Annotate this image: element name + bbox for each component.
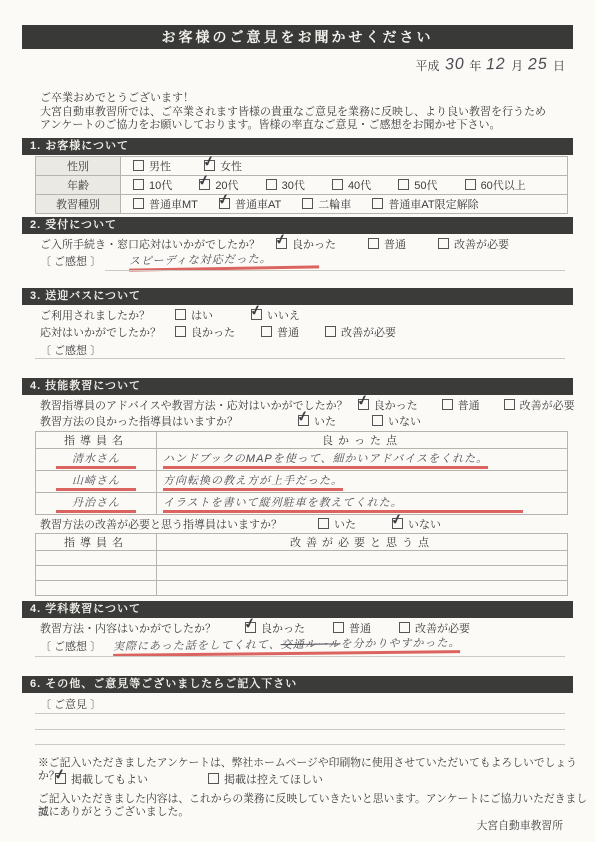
handwritten-comment: 実際にあった話をしてくれて、交通ルールを分かりやすかった。 xyxy=(113,634,461,657)
improve-instructor-question-row: 教習方法の改善が必要と思う指導員はいますか？ いた いない xyxy=(40,516,441,531)
checkbox-reception-good[interactable] xyxy=(276,238,287,249)
option-label: 普通車MT xyxy=(149,196,198,212)
checkbox-publish-no[interactable] xyxy=(208,773,219,784)
section4-header: 4. 技能教習について xyxy=(22,378,573,395)
option-label: 女性 xyxy=(220,158,242,174)
rule-line xyxy=(35,358,565,359)
checkbox-improve-instructor-no[interactable] xyxy=(392,518,403,529)
option-label: 改善が必要 xyxy=(454,236,509,252)
date-era: 平成 xyxy=(416,57,440,74)
option-label: 改善が必要 xyxy=(415,620,470,636)
option-label: いた xyxy=(314,413,336,429)
option-label: 改善が必要 xyxy=(341,324,396,340)
table-header-row: 指導員名 改善が必要と思う点 xyxy=(36,534,568,551)
reception-comment-row: 〔 ご感想 〕 スピーディな対応だった。 xyxy=(40,253,319,268)
column-header-point: 良かった点 xyxy=(157,432,568,449)
comment-label: 〔 ご感想 〕 xyxy=(40,342,101,358)
academic-comment-row: 〔 ご感想 〕 実際にあった話をしてくれて、交通ルールを分かりやすかった。 xyxy=(40,638,461,653)
handwritten-good-point: 方向転換の教え方が上手だった。 xyxy=(163,472,343,491)
option-label: 30代 xyxy=(282,177,305,193)
checkbox-bus-normal[interactable] xyxy=(261,326,272,337)
publication-consent-row: 掲載してもよい 掲載は控えてほしい xyxy=(55,771,323,786)
date-day-unit: 日 xyxy=(553,57,565,74)
date-month-unit: 月 xyxy=(511,57,523,74)
checkbox-female[interactable] xyxy=(204,160,215,171)
checkbox-motorcycle[interactable] xyxy=(302,198,313,209)
section3-header: 3. 送迎バスについて xyxy=(22,288,573,305)
comment-struck-part: 交通ルール xyxy=(281,638,341,651)
intro-line: 大宮自動車教習所では、ご卒業されます皆様の貴重なご意見を業務に反映し、より良い教… xyxy=(40,106,546,120)
comment-label: 〔 ご意見 〕 xyxy=(40,696,101,712)
checkbox-at-limit-release[interactable] xyxy=(372,198,383,209)
question-text: 教習方法の良かった指導員はいますか？ xyxy=(40,413,298,429)
handwritten-instructor-name: 丹治さん xyxy=(56,494,136,513)
column-header-name: 指導員名 xyxy=(36,534,157,551)
comment-label: 〔 ご感想 〕 xyxy=(40,638,101,654)
checkbox-bus-yes[interactable] xyxy=(175,309,186,320)
checkbox-reception-normal[interactable] xyxy=(368,238,379,249)
checkbox-good-instructor-yes[interactable] xyxy=(298,415,309,426)
checkbox-academic-normal[interactable] xyxy=(333,622,344,633)
intro-line: ご卒業おめでとうございます！ xyxy=(40,92,546,106)
intro-text: ご卒業おめでとうございます！ 大宮自動車教習所では、ご卒業されます皆様の貴重なご… xyxy=(40,92,546,133)
rule-line xyxy=(35,729,565,730)
option-label: はい xyxy=(191,307,213,323)
option-label: 40代 xyxy=(348,177,371,193)
option-label: 普通 xyxy=(458,397,480,413)
option-label: 10代 xyxy=(149,177,172,193)
checkbox-reception-improve[interactable] xyxy=(438,238,449,249)
table-row: 丹治さん イラストを書いて縦列駐車を教えてくれた。 xyxy=(36,493,568,515)
checkbox-male[interactable] xyxy=(133,160,144,171)
option-label: 普通 xyxy=(349,620,371,636)
question-text: 教習方法・内容はいかがでしたか？ xyxy=(40,620,245,636)
date-line: 平成 30 年 12 月 25 日 xyxy=(416,56,565,74)
option-label: いた xyxy=(334,516,356,532)
option-label: 50代 xyxy=(414,177,437,193)
table-row-empty xyxy=(36,551,568,566)
checkbox-skill-normal[interactable] xyxy=(442,399,453,410)
rule-line xyxy=(105,270,565,271)
option-label: 二輪車 xyxy=(318,196,351,212)
other-opinion-row: 〔 ご意見 〕 xyxy=(40,696,101,711)
option-label: 60代以上 xyxy=(481,177,526,193)
date-year-handwritten: 30 xyxy=(444,56,464,75)
checkbox-skill-good[interactable] xyxy=(358,399,369,410)
rule-line xyxy=(35,713,565,714)
academic-question-row: 教習方法・内容はいかがでしたか？ 良かった 普通 改善が必要 xyxy=(40,620,470,635)
checkbox-age-30s[interactable] xyxy=(266,179,277,190)
rule-line xyxy=(35,744,565,745)
checkbox-car-at[interactable] xyxy=(219,198,230,209)
option-label: いない xyxy=(388,413,421,429)
checkbox-publish-ok[interactable] xyxy=(55,773,66,784)
intro-line: アンケートのご協力をお願いしております。皆様の率直なご意見・ご感想をお聞かせ下さ… xyxy=(40,119,546,133)
option-label: 男性 xyxy=(149,158,171,174)
closing-text-line2: 誠にありがとうございました。 xyxy=(38,806,189,819)
checkbox-improve-instructor-yes[interactable] xyxy=(318,518,329,529)
row-label: 性別 xyxy=(36,157,121,176)
comment-label: 〔 ご感想 〕 xyxy=(40,253,101,269)
form-title: お客様のご意見をお聞かせください xyxy=(22,25,573,49)
row-label: 教習種別 xyxy=(36,195,121,214)
checkbox-car-mt[interactable] xyxy=(133,198,144,209)
checkbox-bus-improve[interactable] xyxy=(325,326,336,337)
handwritten-good-point: イラストを書いて縦列駐車を教えてくれた。 xyxy=(163,494,523,513)
rule-line xyxy=(35,656,565,657)
option-label: いいえ xyxy=(267,307,300,323)
reception-question-row: ご入所手続き・窓口応対はいかがでしたか？ 良かった 普通 改善が必要 xyxy=(40,236,509,251)
option-label: 普通 xyxy=(384,236,406,252)
comment-part: を分かりやすかった。 xyxy=(341,637,461,650)
checkbox-age-60plus[interactable] xyxy=(465,179,476,190)
date-day-handwritten: 25 xyxy=(528,56,548,75)
bus-used-question-row: ご利用されましたか？ はい いいえ xyxy=(40,307,300,322)
checkbox-age-20s[interactable] xyxy=(199,179,210,190)
good-instructor-table: 指導員名 良かった点 清水さん ハンドブックのMAPを使って、細かいアドバイスを… xyxy=(35,431,568,515)
checkbox-bus-no[interactable] xyxy=(251,309,262,320)
checkbox-good-instructor-no[interactable] xyxy=(372,415,383,426)
table-row-empty xyxy=(36,581,568,596)
checkbox-academic-good[interactable] xyxy=(245,622,256,633)
improve-instructor-table: 指導員名 改善が必要と思う点 xyxy=(35,533,568,596)
good-instructor-question-row: 教習方法の良かった指導員はいますか？ いた いない xyxy=(40,413,421,428)
column-header-improvement: 改善が必要と思う点 xyxy=(157,534,568,551)
table-row: 清水さん ハンドブックのMAPを使って、細かいアドバイスをくれた。 xyxy=(36,449,568,471)
section6-header: 6. その他、ご意見等ございましたらご記入下さい xyxy=(22,676,573,693)
handwritten-comment: スピーディな対応だった。 xyxy=(129,249,319,271)
handwritten-good-point: ハンドブックのMAPを使って、細かいアドバイスをくれた。 xyxy=(163,450,488,469)
checkbox-academic-improve[interactable] xyxy=(399,622,410,633)
checkbox-age-40s[interactable] xyxy=(332,179,343,190)
table-row: 山崎さん 方向転換の教え方が上手だった。 xyxy=(36,471,568,493)
checkbox-age-10s[interactable] xyxy=(133,179,144,190)
date-year-unit: 年 xyxy=(469,57,481,74)
table-header-row: 指導員名 良かった点 xyxy=(36,432,568,449)
row-label: 年齢 xyxy=(36,176,121,195)
question-text: ご入所手続き・窓口応対はいかがでしたか？ xyxy=(40,236,260,252)
checkbox-bus-good[interactable] xyxy=(175,326,186,337)
checkbox-age-50s[interactable] xyxy=(398,179,409,190)
option-label: 普通車AT限定解除 xyxy=(388,196,478,212)
date-month-handwritten: 12 xyxy=(486,56,506,75)
option-label: いない xyxy=(408,516,441,532)
bus-comment-row: 〔 ご感想 〕 xyxy=(40,342,101,357)
handwritten-instructor-name: 清水さん xyxy=(56,450,136,469)
question-text: 教習方法の改善が必要と思う指導員はいますか？ xyxy=(40,516,318,532)
option-label: 改善が必要 xyxy=(520,397,575,413)
option-label: 良かった xyxy=(374,397,418,413)
questionnaire-page: お客様のご意見をお聞かせください 平成 30 年 12 月 25 日 ご卒業おめ… xyxy=(0,0,595,842)
checkbox-skill-improve[interactable] xyxy=(504,399,515,410)
bus-service-question-row: 応対はいかがでしたか？ 良かった 普通 改善が必要 xyxy=(40,324,396,339)
question-text: 応対はいかがでしたか？ xyxy=(40,324,175,340)
section2-header: 2. 受付について xyxy=(22,217,573,234)
option-label: 普通車AT xyxy=(235,196,281,212)
customer-info-table: 性別 男性 女性 年齢 10代 20代 30代 40代 50代 60代以上 教習 xyxy=(35,156,568,214)
school-signature: 大宮自動車教習所 xyxy=(477,820,563,833)
comment-part: 実際にあった話をしてくれて、 xyxy=(113,639,281,653)
table-row-gender: 性別 男性 女性 xyxy=(36,157,568,176)
option-label: 掲載は控えてほしい xyxy=(224,771,323,787)
section5-header: 4. 学科教習について xyxy=(22,601,573,618)
section1-header: 1. お客様について xyxy=(22,138,573,155)
option-label: 普通 xyxy=(277,324,299,340)
option-label: 良かった xyxy=(261,620,305,636)
table-row-empty xyxy=(36,566,568,581)
option-label: 掲載してもよい xyxy=(71,771,148,787)
table-row-course-type: 教習種別 普通車MT 普通車AT 二輪車 普通車AT限定解除 xyxy=(36,195,568,214)
option-label: 良かった xyxy=(191,324,235,340)
column-header-name: 指導員名 xyxy=(36,432,157,449)
handwritten-instructor-name: 山崎さん xyxy=(56,472,136,491)
question-text: ご利用されましたか？ xyxy=(40,307,175,323)
table-row-age: 年齢 10代 20代 30代 40代 50代 60代以上 xyxy=(36,176,568,195)
